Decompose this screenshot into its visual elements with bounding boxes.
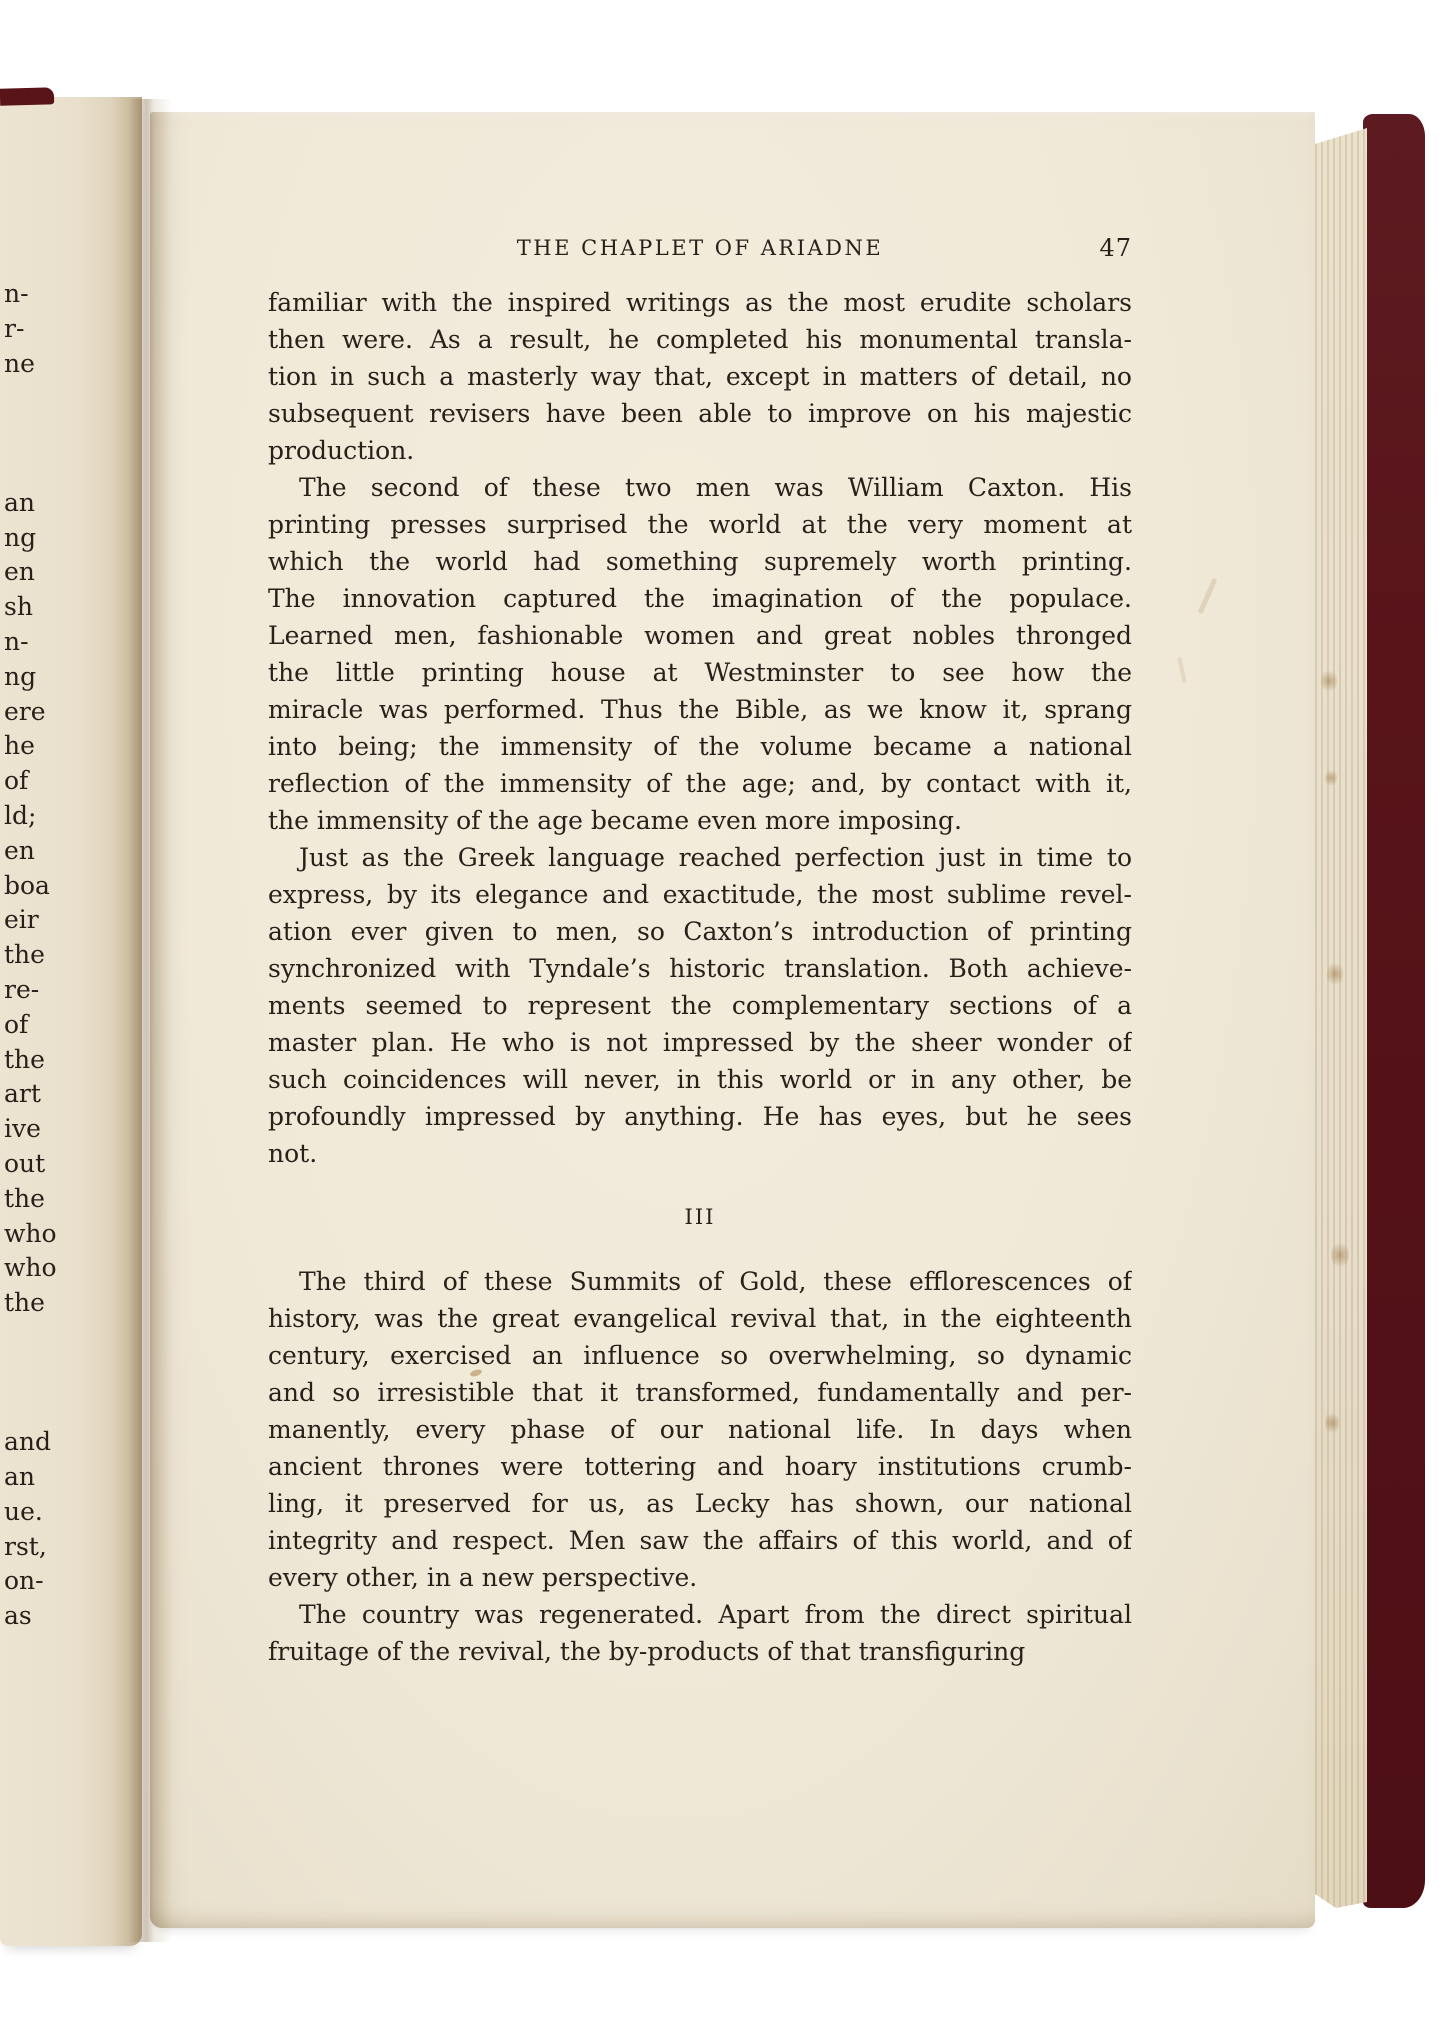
text-line: master plan. He who is not impressed by … (268, 1024, 1132, 1061)
facing-page-blank-line (4, 381, 142, 416)
facing-page-text-fragment: of (4, 1008, 142, 1043)
page-stain (1197, 578, 1217, 615)
text-line: express, by its elegance and exactitude,… (268, 876, 1132, 913)
facing-page-text-fragment: n- (4, 277, 142, 312)
book-page: THE CHAPLET OF ARIADNE 47 familiar with … (150, 112, 1315, 1928)
facing-page-text-fragment: as (4, 1599, 142, 1634)
facing-page-text-fragment: rst, (4, 1530, 142, 1565)
facing-page-text-fragment: ere (4, 695, 142, 730)
text-line: ling, it preserved for us, as Lecky has … (268, 1485, 1132, 1522)
facing-page-text-fragment: an (4, 1460, 142, 1495)
facing-page-text-fragment: boa (4, 869, 142, 904)
facing-page-text-fragment: of (4, 764, 142, 799)
facing-page-text-fragment: r- (4, 312, 142, 347)
facing-page-blank-line (4, 1356, 142, 1391)
back-cover-edge (1363, 114, 1425, 1908)
facing-page-text-fragment: an (4, 486, 142, 521)
facing-page-text-fragment: sh (4, 590, 142, 625)
text-line: which the world had something supremely … (268, 543, 1132, 580)
text-line: reflection of the immensity of the age; … (268, 765, 1132, 802)
facing-page-text-fragment: the (4, 1182, 142, 1217)
page-number: 47 (1099, 234, 1132, 262)
facing-page-text-fragment: on- (4, 1564, 142, 1599)
text-line: ments seemed to represent the complement… (268, 987, 1132, 1024)
text-line: then were. As a result, he completed his… (268, 321, 1132, 358)
text-line: ancient thrones were tottering and hoary… (268, 1448, 1132, 1485)
facing-page-text-fragment: he (4, 729, 142, 764)
facing-page-text-column: n-r-ne anngenshn-ngereheofld;enboaeirthe… (4, 277, 142, 1634)
text-line: familiar with the inspired writings as t… (268, 284, 1132, 321)
text-line: tion in such a masterly way that, except… (268, 358, 1132, 395)
facing-page-text-fragment: en (4, 555, 142, 590)
running-header: THE CHAPLET OF ARIADNE 47 (268, 236, 1132, 266)
facing-page-text-fragment: ld; (4, 799, 142, 834)
text-line: synchronized with Tyndale’s historic tra… (268, 950, 1132, 987)
facing-page-text-fragment: eir (4, 903, 142, 938)
fore-edge-stain (1331, 1240, 1349, 1270)
page-stain (1177, 657, 1186, 683)
running-header-title: THE CHAPLET OF ARIADNE (268, 236, 1132, 260)
facing-page-text-fragment: ng (4, 660, 142, 695)
text-line: the immensity of the age became even mor… (268, 802, 1132, 839)
facing-page-text-fragment: who (4, 1251, 142, 1286)
text-line: into being; the immensity of the volume … (268, 728, 1132, 765)
facing-page-blank-line (4, 416, 142, 451)
fore-edge-pages (1315, 128, 1367, 1908)
text-line: and so irresistible that it transformed,… (268, 1374, 1132, 1411)
facing-page-edge: n-r-ne anngenshn-ngereheofld;enboaeirthe… (0, 97, 142, 1946)
text-line: The third of these Summits of Gold, thes… (268, 1263, 1132, 1300)
facing-cover-sliver (0, 87, 54, 105)
fore-edge-stain (1327, 960, 1343, 988)
fore-edge-stain (1325, 768, 1337, 788)
text-line: fruitage of the revival, the by-products… (268, 1633, 1132, 1670)
text-line: such coincidences will never, in this wo… (268, 1061, 1132, 1098)
facing-page-text-fragment: ng (4, 521, 142, 556)
facing-page-blank-line (4, 1391, 142, 1426)
facing-page-blank-line (4, 451, 142, 486)
text-line: Just as the Greek language reached perfe… (268, 839, 1132, 876)
facing-page-text-fragment: en (4, 834, 142, 869)
fore-edge-stain (1321, 668, 1337, 694)
text-line: production. (268, 432, 1132, 469)
text-line: integrity and respect. Men saw the affai… (268, 1522, 1132, 1559)
text-line: not. (268, 1135, 1132, 1172)
facing-page-text-fragment: the (4, 1043, 142, 1078)
facing-page-text-fragment: the (4, 1286, 142, 1321)
text-line: history, was the great evangelical reviv… (268, 1300, 1132, 1337)
text-line: Learned men, fashionable women and great… (268, 617, 1132, 654)
fore-edge-stain (1325, 1410, 1339, 1436)
facing-page-text-fragment: art (4, 1077, 142, 1112)
text-line: The innovation captured the imagination … (268, 580, 1132, 617)
text-line: The country was regenerated. Apart from … (268, 1596, 1132, 1633)
text-line: the little printing house at Westminster… (268, 654, 1132, 691)
facing-page-text-fragment: ne (4, 347, 142, 382)
text-line: every other, in a new perspective. (268, 1559, 1132, 1596)
facing-page-text-fragment: and (4, 1425, 142, 1460)
text-line: subsequent revisers have been able to im… (268, 395, 1132, 432)
facing-page-text-fragment: the (4, 938, 142, 973)
open-book-photo: n-r-ne anngenshn-ngereheofld;enboaeirthe… (0, 0, 1445, 2023)
facing-page-text-fragment: out (4, 1147, 142, 1182)
text-line: miracle was performed. Thus the Bible, a… (268, 691, 1132, 728)
section-heading: III (268, 1199, 1132, 1236)
text-line: manently, every phase of our national li… (268, 1411, 1132, 1448)
facing-page-text-fragment: n- (4, 625, 142, 660)
text-line: profoundly impressed by anything. He has… (268, 1098, 1132, 1135)
facing-page-blank-line (4, 1321, 142, 1356)
text-line: century, exercised an influence so overw… (268, 1337, 1132, 1374)
text-line: printing presses surprised the world at … (268, 506, 1132, 543)
text-column: familiar with the inspired writings as t… (268, 284, 1132, 1670)
text-line: The second of these two men was William … (268, 469, 1132, 506)
facing-page-text-fragment: who (4, 1217, 142, 1252)
facing-page-text-fragment: ive (4, 1112, 142, 1147)
facing-page-text-fragment: ue. (4, 1495, 142, 1530)
facing-page-text-fragment: re- (4, 973, 142, 1008)
text-line: ation ever given to men, so Caxton’s int… (268, 913, 1132, 950)
